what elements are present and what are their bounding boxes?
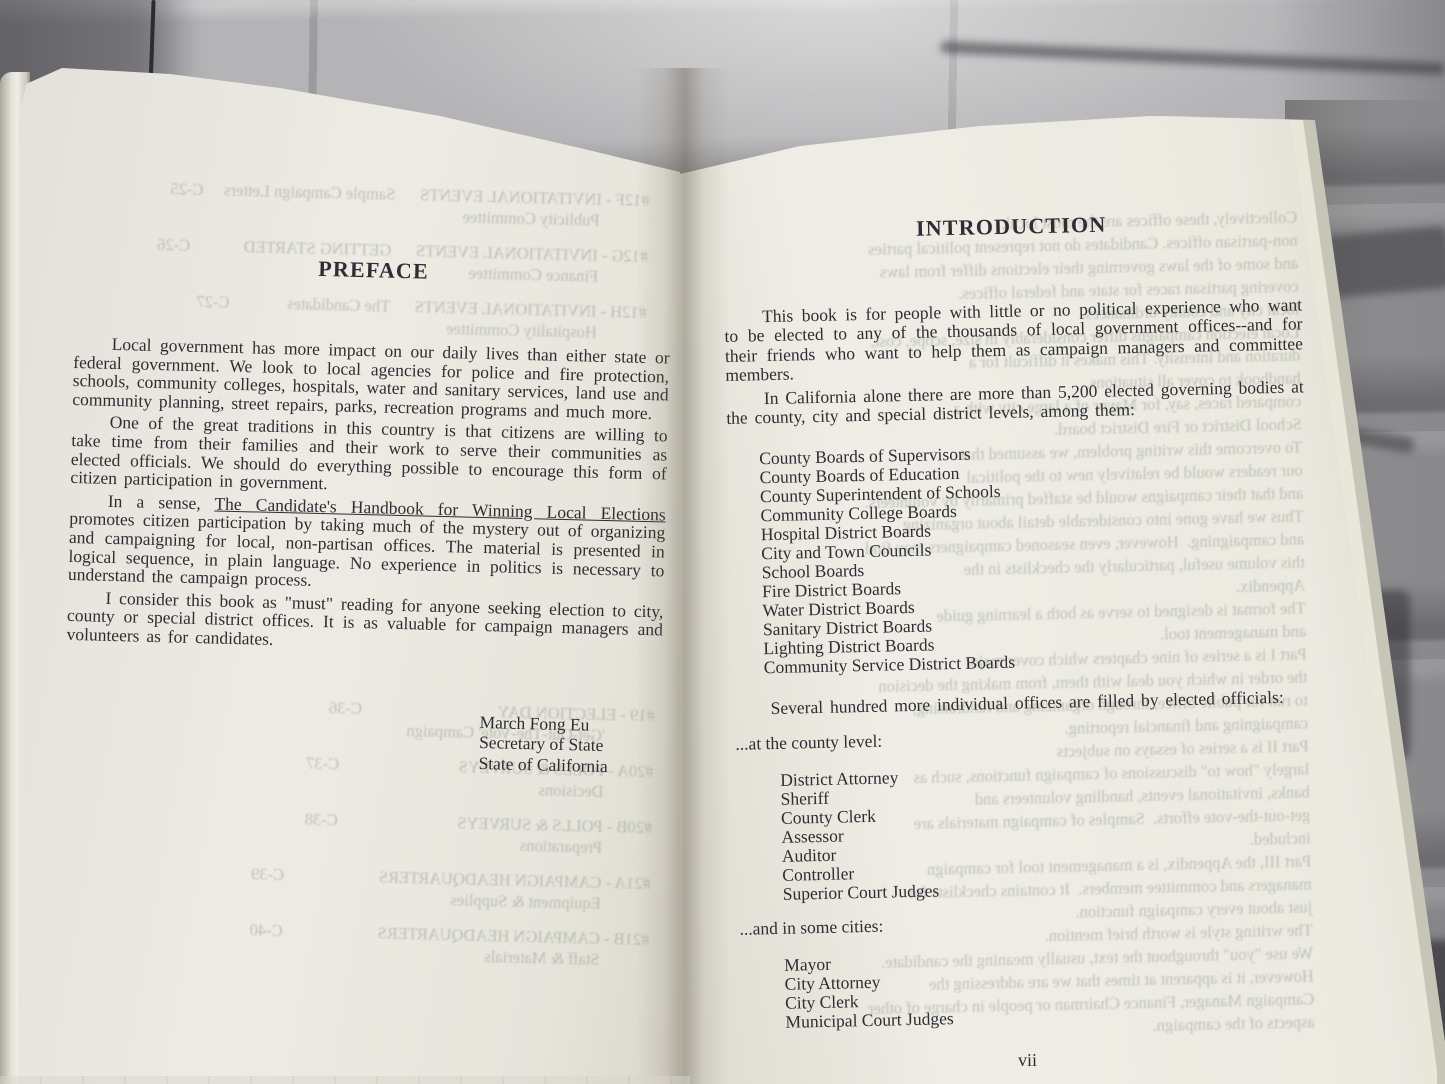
city-offices-list: MayorCity AttorneyCity ClerkMunicipal Co… bbox=[784, 944, 1318, 1032]
introduction-paragraph-2: In California alone there are more than … bbox=[726, 377, 1305, 428]
page-bottom-edge bbox=[0, 1076, 690, 1084]
preface-paragraph-4: I consider this book as "must" reading f… bbox=[66, 588, 663, 658]
introduction-title: INTRODUCTION bbox=[722, 207, 1300, 246]
introduction-paragraph-1: This book is for people with little or n… bbox=[724, 295, 1304, 385]
county-level-label: ...at the county level: bbox=[735, 722, 1311, 754]
left-page: #12F - INVITATIONAL EVENTS Sample Campai… bbox=[20, 68, 680, 1084]
signature-line: State of California bbox=[478, 752, 659, 777]
preface-content: PREFACE Local government has more impact… bbox=[63, 250, 671, 777]
county-offices-list: District AttorneySheriffCounty ClerkAsse… bbox=[780, 759, 1315, 904]
governing-bodies-list: County Boards of SupervisorsCounty Board… bbox=[759, 438, 1310, 678]
page-number: vii bbox=[1018, 1050, 1037, 1071]
preface-paragraph-1: Local government has more impact on our … bbox=[72, 334, 670, 423]
paragraph-text: promotes citizen participation by taking… bbox=[68, 508, 666, 590]
introduction-content: INTRODUCTION This book is for people wit… bbox=[722, 207, 1318, 1032]
preface-paragraph-3: In a sense, The Candidate's Handbook for… bbox=[68, 491, 666, 599]
preface-paragraph-2: One of the great traditions in this coun… bbox=[70, 412, 668, 501]
cities-label: ...and in some cities: bbox=[739, 907, 1315, 939]
introduction-paragraph-3: Several hundred more individual offices … bbox=[732, 688, 1310, 720]
signature-block: March Fong EuSecretary of StateState of … bbox=[478, 712, 660, 778]
book-photo-scene: #12F - INVITATIONAL EVENTS Sample Campai… bbox=[0, 0, 1445, 1084]
